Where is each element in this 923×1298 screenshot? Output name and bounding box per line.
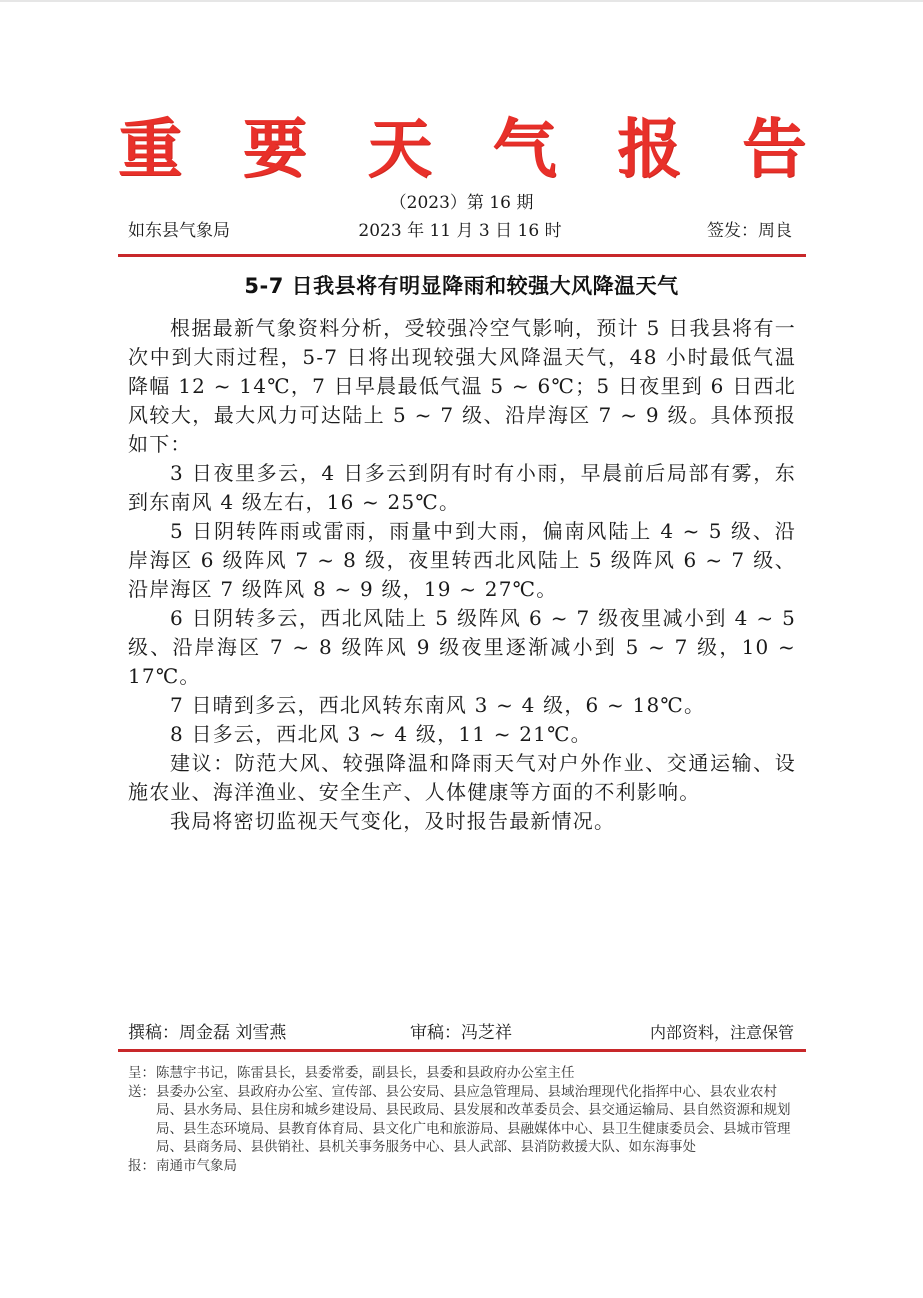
masthead-char: 天 [368,118,432,182]
body-paragraph: 3 日夜里多云，4 日多云到阴有时有小雨，早晨前后局部有雾，东到东南风 4 级左… [128,459,796,517]
distribution-song: 送： 县委办公室、县政府办公室、宣传部、县公安局、县应急管理局、县域治理现代化指… [128,1083,794,1157]
body-paragraph: 8 日多云，西北风 3 ~ 4 级，11 ~ 21℃。 [128,720,796,749]
body-paragraph: 根据最新气象资料分析，受较强冷空气影响，预计 5 日我县将有一次中到大雨过程，5… [128,314,796,459]
footer-divider [118,1049,806,1052]
masthead-char: 重 [118,118,182,182]
masthead-char: 要 [243,118,307,182]
footer-credits: 撰稿：周金磊 刘雪燕 审稿：冯芝祥 内部资料，注意保管 [128,1018,794,1043]
report-body: 根据最新气象资料分析，受较强冷空气影响，预计 5 日我县将有一次中到大雨过程，5… [128,314,796,836]
distribution-cheng: 呈： 陈慧宇书记，陈雷县长，县委常委，副县长，县委和县政府办公室主任 [128,1064,794,1083]
body-paragraph: 我局将密切监视天气变化，及时报告最新情况。 [128,807,796,836]
distribution-label: 报： [128,1157,156,1176]
masthead-title: 重 要 天 气 报 告 [118,110,806,190]
distribution-recipients: 陈慧宇书记，陈雷县长，县委常委，副县长，县委和县政府办公室主任 [156,1064,794,1083]
confidential-notice: 内部资料，注意保管 [650,1020,794,1043]
body-paragraph: 5 日阴转阵雨或雷雨，雨量中到大雨，偏南风陆上 4 ~ 5 级、沿岸海区 6 级… [128,517,796,604]
issuer: 如东县气象局 [128,216,230,241]
distribution-label: 呈： [128,1064,156,1083]
distribution-label: 送： [128,1083,156,1157]
header-divider [118,254,806,257]
body-paragraph: 6 日阴转多云，西北风陆上 5 级阵风 6 ~ 7 级夜里减小到 4 ~ 5 级… [128,604,796,691]
issue-number: （2023）第 16 期 [0,188,923,213]
distribution-bao: 报： 南通市气象局 [128,1157,794,1176]
header-meta-row: 如东县气象局 2023 年 11 月 3 日 16 时 签发：周良 [128,216,792,241]
report-headline: 5-7 日我县将有明显降雨和较强大风降温天气 [0,270,923,300]
masthead-char: 报 [617,118,681,182]
reviewer-credit: 审稿：冯芝祥 [410,1018,650,1043]
document-page: 重 要 天 气 报 告 （2023）第 16 期 如东县气象局 2023 年 1… [0,0,923,1298]
distribution-recipients: 县委办公室、县政府办公室、宣传部、县公安局、县应急管理局、县域治理现代化指挥中心… [156,1083,794,1157]
masthead-char: 气 [492,118,556,182]
body-paragraph: 7 日晴到多云，西北风转东南风 3 ~ 4 级，6 ~ 18℃。 [128,691,796,720]
author-credit: 撰稿：周金磊 刘雪燕 [128,1018,410,1043]
distribution-list: 呈： 陈慧宇书记，陈雷县长，县委常委，副县长，县委和县政府办公室主任 送： 县委… [128,1064,794,1175]
body-paragraph: 建议：防范大风、较强降温和降雨天气对户外作业、交通运输、设施农业、海洋渔业、安全… [128,749,796,807]
distribution-recipients: 南通市气象局 [156,1157,794,1176]
masthead-char: 告 [742,118,806,182]
signer: 签发：周良 [707,216,792,241]
